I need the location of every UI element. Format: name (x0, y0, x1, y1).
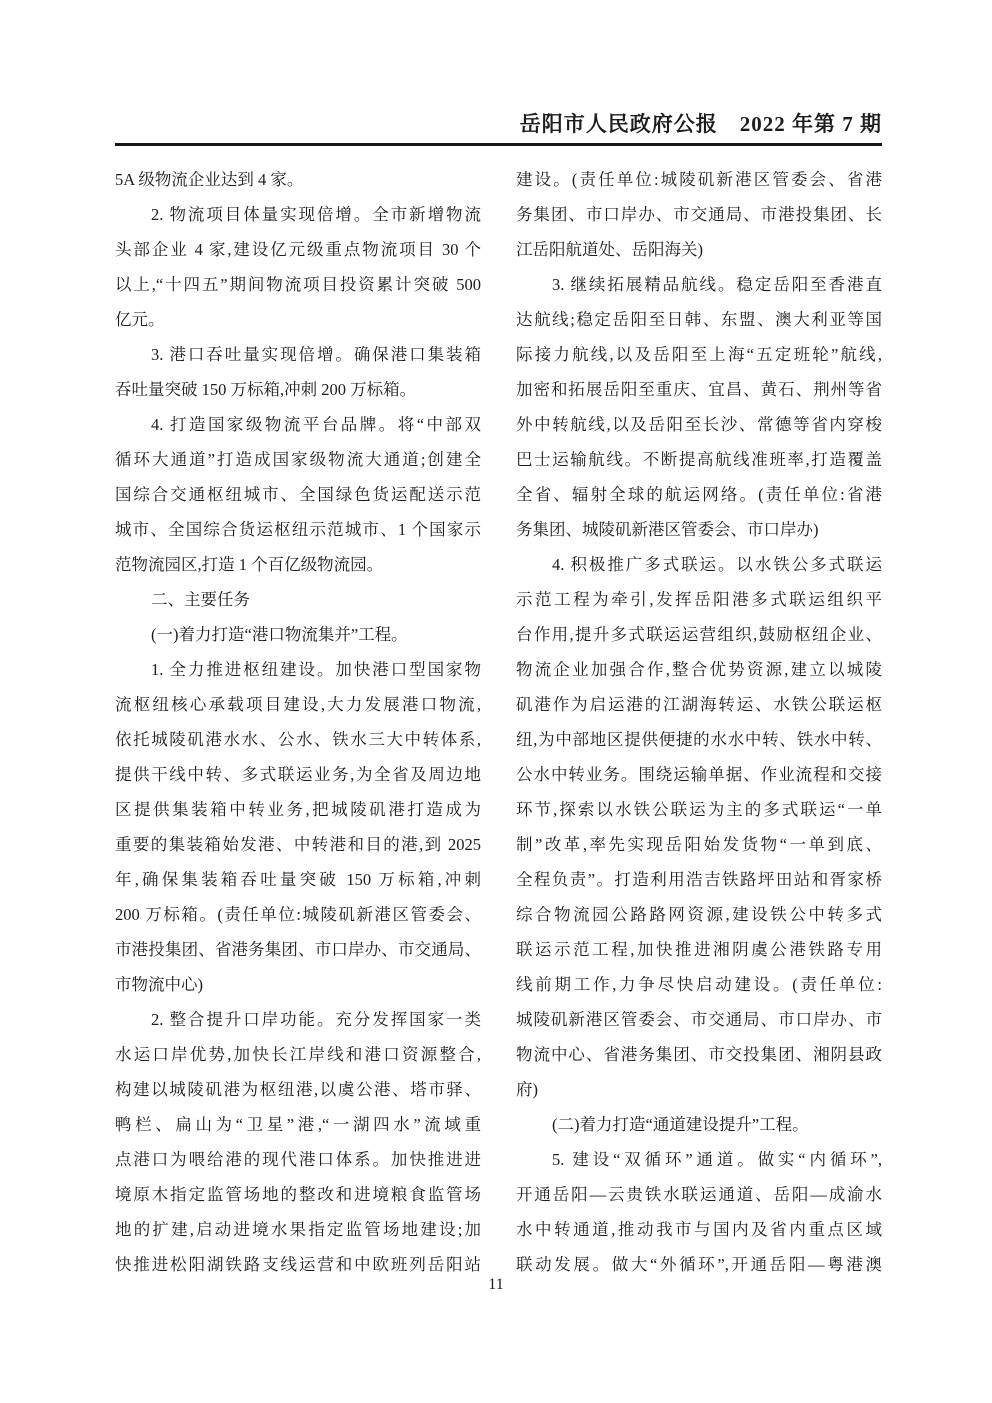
text-line: 200 万标箱。(责任单位:城陵矶新港区管委会、 (115, 897, 481, 932)
text-line: 综合物流园公路路网资源,建设铁公中转多式 (516, 897, 882, 932)
text-line: 公水中转业务。围绕运输单据、作业流程和交接 (516, 757, 882, 792)
text-line: 4. 打造国家级物流平台品牌。将“中部双 (115, 407, 481, 442)
text-line: 重要的集装箱始发港、中转港和目的港,到 2025 (115, 827, 481, 862)
text-line: 2. 物流项目体量实现倍增。全市新增物流 (115, 197, 481, 232)
text-line: 城市、全国综合货运枢纽示范城市、1 个国家示 (115, 512, 481, 547)
text-line: 线前期工作,力争尽快启动建设。(责任单位: (516, 967, 882, 1002)
header-rule (115, 143, 882, 146)
text-line: 市物流中心) (115, 967, 481, 1002)
text-line: 4. 积极推广多式联运。以水铁公多式联运 (516, 547, 882, 582)
text-line: 水运口岸优势,加快长江岸线和港口资源整合, (115, 1037, 481, 1072)
text-line: 提供干线中转、多式联运业务,为全省及周边地 (115, 757, 481, 792)
text-line: 外中转航线,以及岳阳至长沙、常德等省内穿梭 (516, 407, 882, 442)
left-column: 5A 级物流企业达到 4 家。2. 物流项目体量实现倍增。全市新增物流头部企业 … (115, 162, 481, 1282)
text-line: 年,确保集装箱吞吐量突破 150 万标箱,冲刺 (115, 862, 481, 897)
text-line: 务集团、市口岸办、市交通局、市港投集团、长 (516, 197, 882, 232)
text-line: (一)着力打造“港口物流集并”工程。 (115, 617, 481, 652)
text-line: 吞吐量突破 150 万标箱,冲刺 200 万标箱。 (115, 372, 481, 407)
text-line: 境原木指定监管场地的整改和进境粮食监管场 (115, 1177, 481, 1212)
text-line: 亿元。 (115, 302, 481, 337)
text-line: 流枢纽核心承载项目建设,大力发展港口物流, (115, 687, 481, 722)
text-line: 江岳阳航道处、岳阳海关) (516, 232, 882, 267)
text-line: 鸭栏、扁山为“卫星”港,“一湖四水”流域重 (115, 1107, 481, 1142)
text-line: 依托城陵矶港水水、公水、铁水三大中转体系, (115, 722, 481, 757)
text-line: 市港投集团、省港务集团、市口岸办、市交通局、 (115, 932, 481, 967)
text-line: 城陵矶新港区管委会、市交通局、市口岸办、市 (516, 1002, 882, 1037)
text-line: 际接力航线,以及岳阳至上海“五定班轮”航线, (516, 337, 882, 372)
text-line: 5A 级物流企业达到 4 家。 (115, 162, 481, 197)
text-line: 加密和拓展岳阳至重庆、宜昌、黄石、荆州等省 (516, 372, 882, 407)
text-line: 1. 全力推进枢纽建设。加快港口型国家物 (115, 652, 481, 687)
text-line: 开通岳阳—云贵铁水联运通道、岳阳—成渝水 (516, 1177, 882, 1212)
text-line: 2. 整合提升口岸功能。充分发挥国家一类 (115, 1002, 481, 1037)
text-line: 纽,为中部地区提供便捷的水水中转、铁水中转、 (516, 722, 882, 757)
text-line: 全省、辐射全球的航运网络。(责任单位:省港 (516, 477, 882, 512)
text-line: 以上,“十四五”期间物流项目投资累计突破 500 (115, 267, 481, 302)
text-line: 范物流园区,打造 1 个百亿级物流园。 (115, 547, 481, 582)
text-line: 建设。(责任单位:城陵矶新港区管委会、省港 (516, 162, 882, 197)
text-line: 循环大通道”打造成国家级物流大通道;创建全 (115, 442, 481, 477)
text-line: 台作用,提升多式联运运营组织,鼓励枢纽企业、 (516, 617, 882, 652)
text-line: 达航线;稳定岳阳至日韩、东盟、澳大利亚等国 (516, 302, 882, 337)
text-line: 物流中心、省港务集团、市交投集团、湘阴县政 (516, 1037, 882, 1072)
text-line: 务集团、城陵矶新港区管委会、市口岸办) (516, 512, 882, 547)
text-line: 制”改革,率先实现岳阳始发货物“一单到底、 (516, 827, 882, 862)
page-number: 11 (0, 1276, 992, 1294)
header-title: 岳阳市人民政府公报 2022 年第 7 期 (115, 108, 882, 138)
text-line: 头部企业 4 家,建设亿元级重点物流项目 30 个 (115, 232, 481, 267)
text-line: 府) (516, 1072, 882, 1107)
text-line: (二)着力打造“通道建设提升”工程。 (516, 1107, 882, 1142)
text-line: 5. 建设“双循环”通道。做实“内循环”, (516, 1142, 882, 1177)
text-line: 全程负责”。打造利用浩吉铁路坪田站和胥家桥 (516, 862, 882, 897)
text-line: 区提供集装箱中转业务,把城陵矶港打造成为 (115, 792, 481, 827)
text-line: 地的扩建,启动进境水果指定监管场地建设;加 (115, 1212, 481, 1247)
text-line: 二、主要任务 (115, 582, 481, 617)
text-line: 联运示范工程,加快推进湘阴虞公港铁路专用 (516, 932, 882, 967)
text-line: 3. 继续拓展精品航线。稳定岳阳至香港直 (516, 267, 882, 302)
gazette-page: 岳阳市人民政府公报 2022 年第 7 期 5A 级物流企业达到 4 家。2. … (0, 0, 992, 1403)
text-line: 物流企业加强合作,整合优势资源,建立以城陵 (516, 652, 882, 687)
text-line: 国综合交通枢纽城市、全国绿色货运配送示范 (115, 477, 481, 512)
text-line: 点港口为喂给港的现代港口体系。加快推进进 (115, 1142, 481, 1177)
text-line: 3. 港口吞吐量实现倍增。确保港口集装箱 (115, 337, 481, 372)
right-column: 建设。(责任单位:城陵矶新港区管委会、省港务集团、市口岸办、市交通局、市港投集团… (516, 162, 882, 1282)
text-line: 示范工程为牵引,发挥岳阳港多式联运组织平 (516, 582, 882, 617)
text-line: 矶港作为启运港的江湖海转运、水铁公联运枢 (516, 687, 882, 722)
text-line: 环节,探索以水铁公联运为主的多式联运“一单 (516, 792, 882, 827)
document-body: 5A 级物流企业达到 4 家。2. 物流项目体量实现倍增。全市新增物流头部企业 … (115, 162, 882, 1282)
text-line: 水中转通道,推动我市与国内及省内重点区域 (516, 1212, 882, 1247)
text-line: 巴士运输航线。不断提高航线准班率,打造覆盖 (516, 442, 882, 477)
text-line: 构建以城陵矶港为枢纽港,以虞公港、塔市驿、 (115, 1072, 481, 1107)
